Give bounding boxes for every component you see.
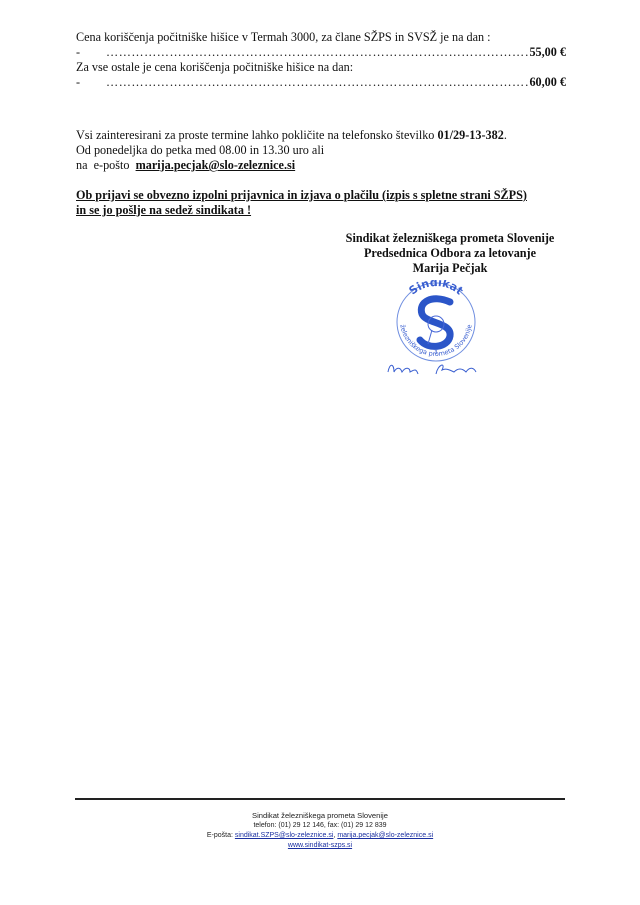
list-dash: - <box>76 45 106 60</box>
others-price-line: - ……………………………………………………………………………………………………… <box>76 75 566 90</box>
stamp-number: 3 <box>434 350 437 356</box>
price-section: Cena koriščenja počitniške hišice v Term… <box>76 30 566 90</box>
dot-leader: …………………………………………………………………………………………………………… <box>106 75 529 90</box>
notice-line-1: Ob prijavi se obvezno izpolni prijavnica… <box>76 188 566 203</box>
period: . <box>504 128 507 142</box>
footer-email-personal-link[interactable]: marija.pecjak@slo-zeleznice.si <box>337 832 433 839</box>
contact-email-link[interactable]: marija.pecjak@slo-zeleznice.si <box>136 158 296 172</box>
footer-website: www.sindikat-szps.si <box>0 841 640 851</box>
members-price-intro: Cena koriščenja počitniške hišice v Term… <box>76 30 566 45</box>
handwritten-signature <box>388 365 476 374</box>
contact-text: Vsi zainteresirani za proste termine lah… <box>76 128 437 142</box>
notice-section: Ob prijavi se obvezno izpolni prijavnica… <box>76 188 566 218</box>
footer: Sindikat železniškega prometa Slovenije … <box>0 811 640 851</box>
contact-section: Vsi zainteresirani za proste termine lah… <box>76 128 566 173</box>
document-page: Cena koriščenja počitniške hišice v Term… <box>0 0 640 905</box>
union-stamp-icon: Sindikat železniškega prometa Slovenije … <box>380 280 490 380</box>
signature-name: Marija Pečjak <box>320 261 580 276</box>
stamp-top-text: Sindikat <box>407 280 466 297</box>
footer-divider <box>75 798 565 800</box>
notice-line-2: in se jo pošlje na sedež sindikata ! <box>76 203 566 218</box>
svg-text:Sindikat: Sindikat <box>407 280 466 297</box>
others-price: 60,00 € <box>529 75 566 90</box>
footer-org: Sindikat železniškega prometa Slovenije <box>0 811 640 821</box>
dot-leader: …………………………………………………………………………………………………………… <box>106 45 529 60</box>
contact-phone-line: Vsi zainteresirani za proste termine lah… <box>76 128 566 143</box>
phone-number: 01/29-13-382 <box>437 128 503 142</box>
members-price: 55,00 € <box>529 45 566 60</box>
footer-emails: E-pošta: sindikat.SZPS@slo-zeleznice.si,… <box>0 831 640 841</box>
contact-email-line: na e-pošto marija.pecjak@slo-zeleznice.s… <box>76 158 566 173</box>
others-price-intro: Za vse ostale je cena koriščenja počitni… <box>76 60 566 75</box>
email-prefix: na e-pošto <box>76 158 136 172</box>
contact-hours-line: Od ponedeljka do petka med 08.00 in 13.3… <box>76 143 566 158</box>
list-dash: - <box>76 75 106 90</box>
signature-org: Sindikat železniškega prometa Slovenije <box>320 231 580 246</box>
footer-email-union-link[interactable]: sindikat.SZPS@slo-zeleznice.si <box>235 832 334 839</box>
footer-website-link[interactable]: www.sindikat-szps.si <box>288 842 352 849</box>
footer-phones: telefon: (01) 29 12 146, fax: (01) 29 12… <box>0 821 640 831</box>
signature-role: Predsednica Odbora za letovanje <box>320 246 580 261</box>
footer-email-label: E-pošta: <box>207 832 235 839</box>
members-price-line: - ……………………………………………………………………………………………………… <box>76 45 566 60</box>
signature-block: Sindikat železniškega prometa Slovenije … <box>320 231 580 276</box>
